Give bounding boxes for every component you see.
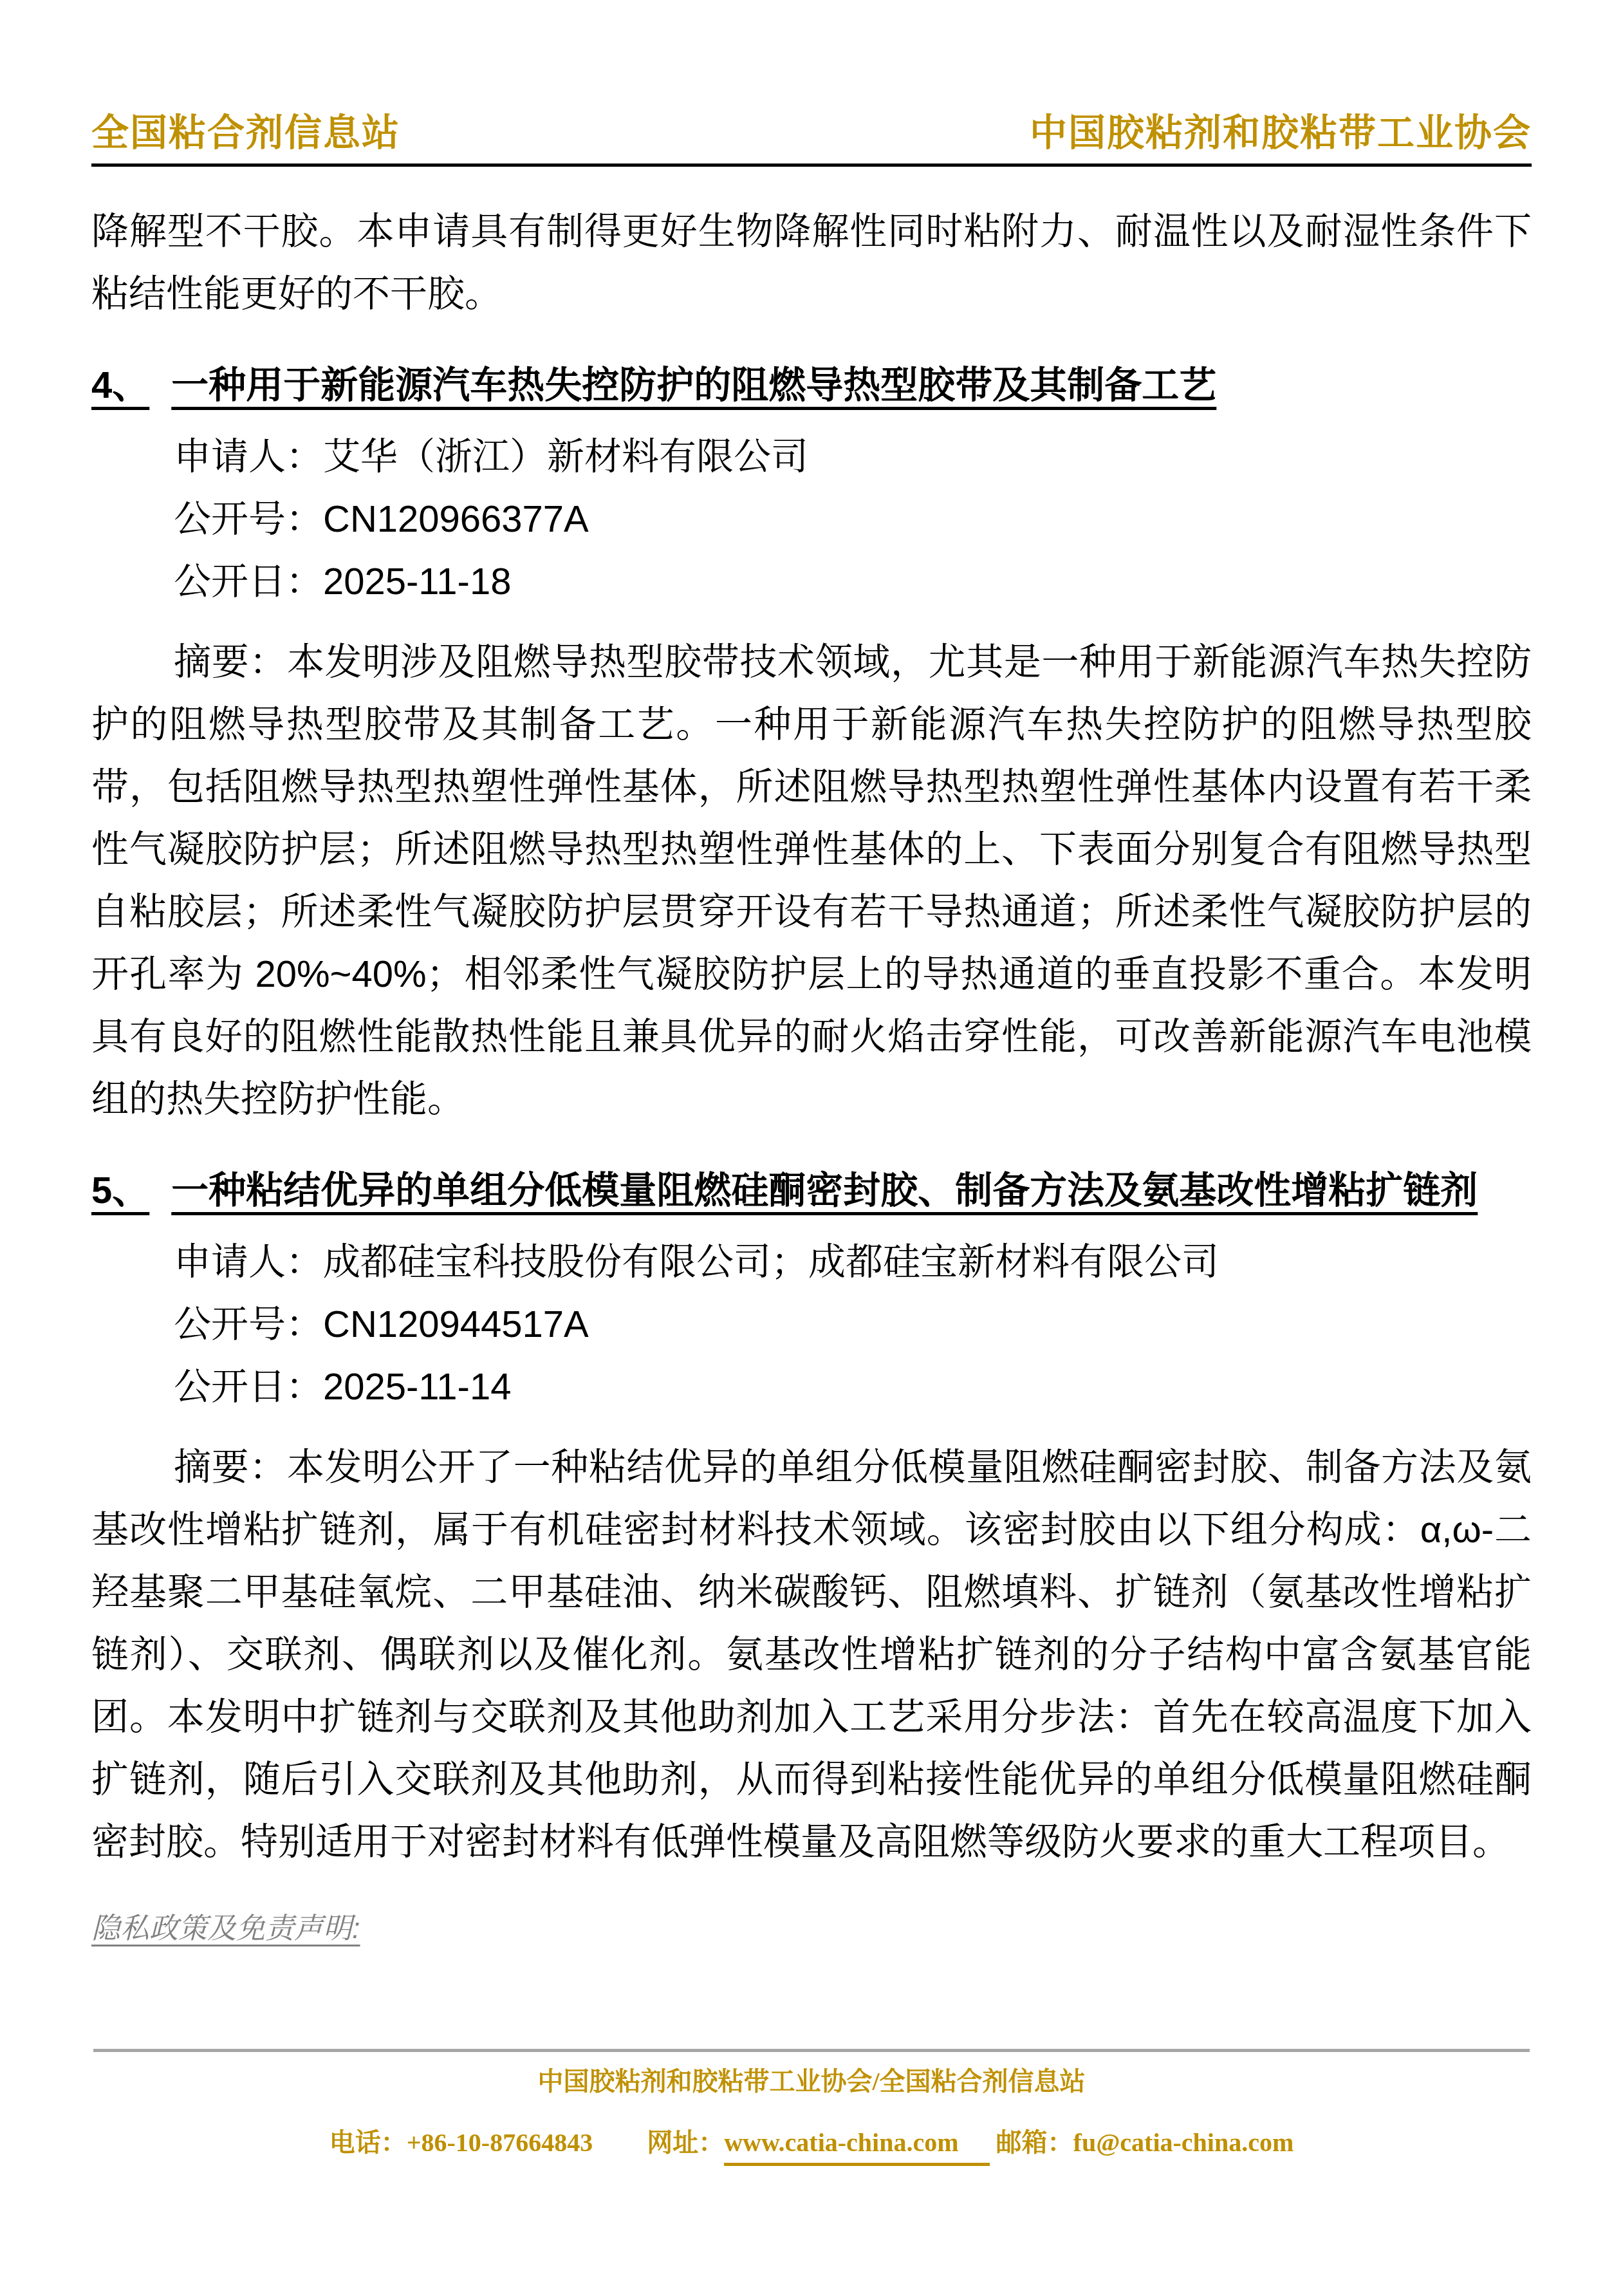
footer-org-line: 中国胶粘剂和胶粘带工业协会/全国粘合剂信息站 (93, 2066, 1530, 2097)
website-link[interactable]: www.catia-china.com (724, 2127, 989, 2166)
patent-5-publication-date-row: 公开日：2025-11-14 (174, 1356, 1532, 1418)
phone-label: 电话： (329, 2128, 407, 2157)
footer-contact-line: 电话：+86-10-87664843 网址：www.catia-china.co… (93, 2127, 1530, 2166)
patent-5-title-heading: 5、一种粘结优异的单组分低模量阻燃硅酮密封胶、制备方法及氨基改性增粘扩链剂 (91, 1168, 1532, 1214)
page-footer: 中国胶粘剂和胶粘带工业协会/全国粘合剂信息站 电话：+86-10-8766484… (93, 2049, 1530, 2166)
publication-number-label: 公开号： (174, 498, 323, 540)
patent-4-title-heading: 4、一种用于新能源汽车热失控防护的阻燃导热型胶带及其制备工艺 (91, 362, 1532, 409)
email-value: fu@catia-china.com (1073, 2128, 1294, 2157)
page: { "page": { "background": "#ffffff", "ac… (0, 0, 1623, 2296)
patent-5-title: 一种粘结优异的单组分低模量阻燃硅酮密封胶、制备方法及氨基改性增粘扩链剂 (171, 1170, 1478, 1211)
publication-number-value: CN120966377A (323, 498, 589, 540)
patent-5-number: 5、 (91, 1170, 149, 1211)
page-header: 全国粘合剂信息站 中国胶粘剂和胶粘带工业协会 (91, 111, 1532, 167)
patent-4-applicant-row: 申请人：艾华（浙江）新材料有限公司 (174, 425, 1532, 488)
patent-4-title: 一种用于新能源汽车热失控防护的阻燃导热型胶带及其制备工艺 (171, 364, 1216, 406)
publication-date-label: 公开日： (174, 561, 323, 602)
publication-date-value: 2025-11-14 (323, 1366, 511, 1408)
footer-email-group: 邮箱：fu@catia-china.com (996, 2128, 1294, 2157)
patent-4-number: 4、 (91, 364, 149, 406)
applicant-label: 申请人： (174, 1241, 323, 1283)
patent-5-abstract: 摘要：本发明公开了一种粘结优异的单组分低模量阻燃硅酮密封胶、制备方法及氨基改性增… (91, 1436, 1532, 1873)
patent-entry-5: 5、一种粘结优异的单组分低模量阻燃硅酮密封胶、制备方法及氨基改性增粘扩链剂 申请… (91, 1168, 1532, 1873)
page-content: 全国粘合剂信息站 中国胶粘剂和胶粘带工业协会 降解型不干胶。本申请具有制得更好生… (0, 0, 1623, 1946)
patent-5-applicant-row: 申请人：成都硅宝科技股份有限公司；成都硅宝新材料有限公司 (174, 1231, 1532, 1293)
patent-entry-4: 4、一种用于新能源汽车热失控防护的阻燃导热型胶带及其制备工艺 申请人：艾华（浙江… (91, 362, 1532, 1130)
header-left-title: 全国粘合剂信息站 (91, 111, 400, 156)
patent-4-publication-number-row: 公开号：CN120966377A (174, 488, 1532, 550)
patent-5-meta: 申请人：成都硅宝科技股份有限公司；成都硅宝新材料有限公司 公开号：CN12094… (174, 1231, 1532, 1418)
patent-4-abstract: 摘要：本发明涉及阻燃导热型胶带技术领域，尤其是一种用于新能源汽车热失控防护的阻燃… (91, 631, 1532, 1130)
applicant-label: 申请人： (174, 436, 323, 478)
publication-date-value: 2025-11-18 (323, 561, 511, 602)
patent-5-publication-number-row: 公开号：CN120944517A (174, 1293, 1532, 1356)
patent-4-meta: 申请人：艾华（浙江）新材料有限公司 公开号：CN120966377A 公开日：2… (174, 425, 1532, 613)
phone-value: +86-10-87664843 (407, 2128, 593, 2157)
footer-phone-group: 电话：+86-10-87664843 (329, 2128, 593, 2157)
privacy-policy-link[interactable]: 隐私政策及免责声明: (91, 1910, 360, 1946)
intro-paragraph: 降解型不干胶。本申请具有制得更好生物降解性同时粘附力、耐温性以及耐湿性条件下粘结… (91, 200, 1532, 325)
footer-website-group: 网址：www.catia-china.com (647, 2128, 989, 2157)
applicant-value: 艾华（浙江）新材料有限公司 (323, 436, 808, 478)
publication-number-value: CN120944517A (323, 1303, 589, 1345)
publication-date-label: 公开日： (174, 1366, 323, 1408)
header-right-title: 中国胶粘剂和胶粘带工业协会 (1030, 111, 1532, 156)
email-label: 邮箱： (996, 2128, 1073, 2157)
publication-number-label: 公开号： (174, 1303, 323, 1345)
website-label: 网址： (647, 2128, 724, 2157)
patent-4-publication-date-row: 公开日：2025-11-18 (174, 550, 1532, 613)
applicant-value: 成都硅宝科技股份有限公司；成都硅宝新材料有限公司 (323, 1241, 1219, 1283)
